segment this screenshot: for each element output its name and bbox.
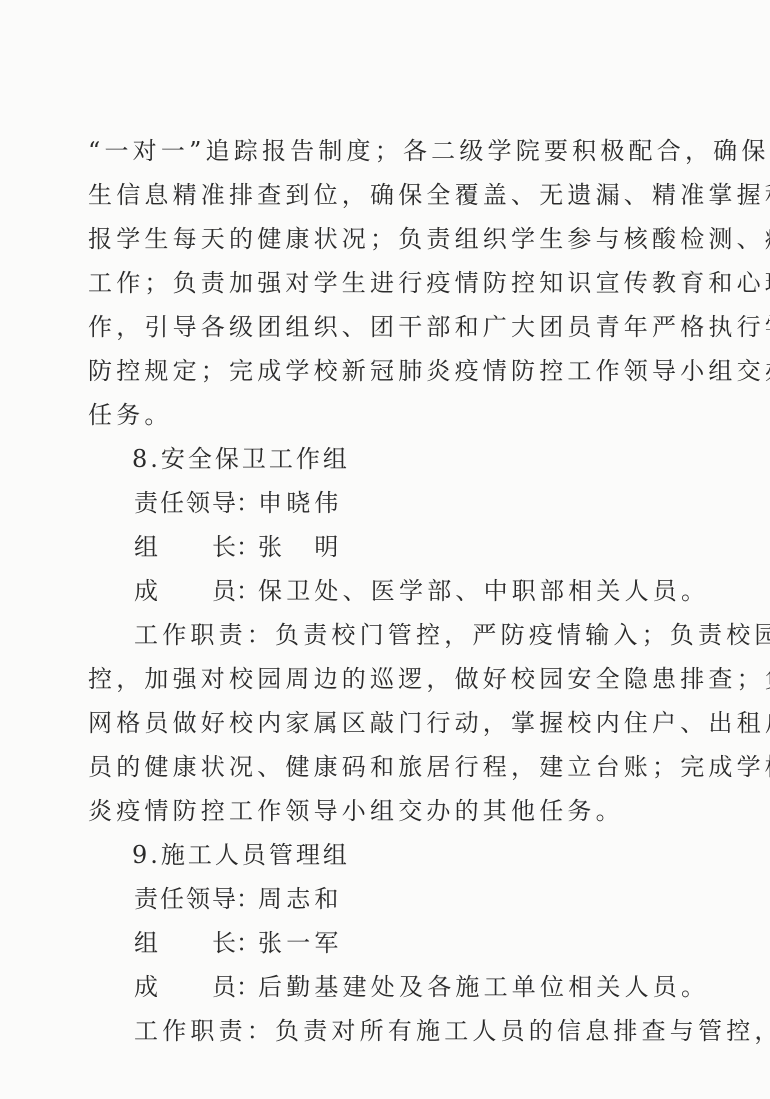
document-page: “一对一”追踪报告制度；各二级学院要积极配合，确保做到学 生信息精准排查到位，确… bbox=[0, 0, 770, 1099]
head-field: 组 长 ： 张一军 bbox=[134, 928, 734, 958]
paragraph-line: 报学生每天的健康状况；负责组织学生参与核酸检测、疫苗接种 bbox=[88, 224, 688, 254]
members-field: 成 员 ： 保卫处、医学部、中职部相关人员。 bbox=[134, 576, 734, 606]
section-heading: 8.安全保卫工作组 bbox=[132, 444, 732, 474]
paragraph-line: 员的健康状况、健康码和旅居行程，建立台账；完成学校新冠肺 bbox=[88, 752, 688, 782]
leader-label: 责 任 领 导 bbox=[134, 884, 236, 914]
leader-value: 周志和 bbox=[258, 884, 343, 914]
section-heading: 9.施工人员管理组 bbox=[132, 840, 732, 870]
leader-field: 责 任 领 导 ： 申晓伟 bbox=[134, 488, 734, 518]
duties-label: 工作职责： bbox=[134, 1017, 275, 1045]
members-value: 后勤基建处及各施工单位相关人员。 bbox=[258, 972, 709, 1002]
leader-label: 责 任 领 导 bbox=[134, 488, 236, 518]
members-value: 保卫处、医学部、中职部相关人员。 bbox=[258, 576, 709, 606]
duties-label: 工作职责： bbox=[134, 621, 275, 649]
head-label: 组 长 bbox=[134, 532, 236, 562]
paragraph-line: 网格员做好校内家属区敲门行动，掌握校内住户、出租户家庭成 bbox=[88, 708, 688, 738]
paragraph-line: 工作；负责加强对学生进行疫情防控知识宣传教育和心理疏导工 bbox=[88, 268, 688, 298]
head-value: 张一军 bbox=[258, 928, 343, 958]
paragraph-line: “一对一”追踪报告制度；各二级学院要积极配合，确保做到学 bbox=[88, 136, 688, 166]
paragraph-line: 控，加强对校园周边的巡逻，做好校园安全隐患排查；负责组织 bbox=[88, 664, 688, 694]
leader-field: 责 任 领 导 ： 周志和 bbox=[134, 884, 734, 914]
paragraph-line: 炎疫情防控工作领导小组交办的其他任务。 bbox=[88, 796, 688, 826]
members-label: 成 员 bbox=[134, 576, 236, 606]
head-value: 张 明 bbox=[258, 532, 343, 562]
duties-first-line: 工作职责：负责对所有施工人员的信息排查与管控，督促施 bbox=[134, 1016, 734, 1046]
members-field: 成 员 ： 后勤基建处及各施工单位相关人员。 bbox=[134, 972, 734, 1002]
duties-first-line: 工作职责：负责校门管控，严防疫情输入；负责校园安全管 bbox=[134, 620, 734, 650]
head-label: 组 长 bbox=[134, 928, 236, 958]
paragraph-line: 生信息精准排查到位，确保全覆盖、无遗漏、精准掌握和及时上 bbox=[88, 180, 688, 210]
duties-text: 负责对所有施工人员的信息排查与管控，督促施 bbox=[275, 1017, 770, 1045]
head-field: 组 长 ： 张 明 bbox=[134, 532, 734, 562]
leader-value: 申晓伟 bbox=[258, 488, 343, 518]
paragraph-line: 作，引导各级团组织、团干部和广大团员青年严格执行学校疫情 bbox=[88, 312, 688, 342]
members-label: 成 员 bbox=[134, 972, 236, 1002]
paragraph-line: 防控规定；完成学校新冠肺炎疫情防控工作领导小组交办的其他 bbox=[88, 356, 688, 386]
paragraph-line: 任务。 bbox=[88, 400, 688, 430]
duties-text: 负责校门管控，严防疫情输入；负责校园安全管 bbox=[275, 621, 770, 649]
